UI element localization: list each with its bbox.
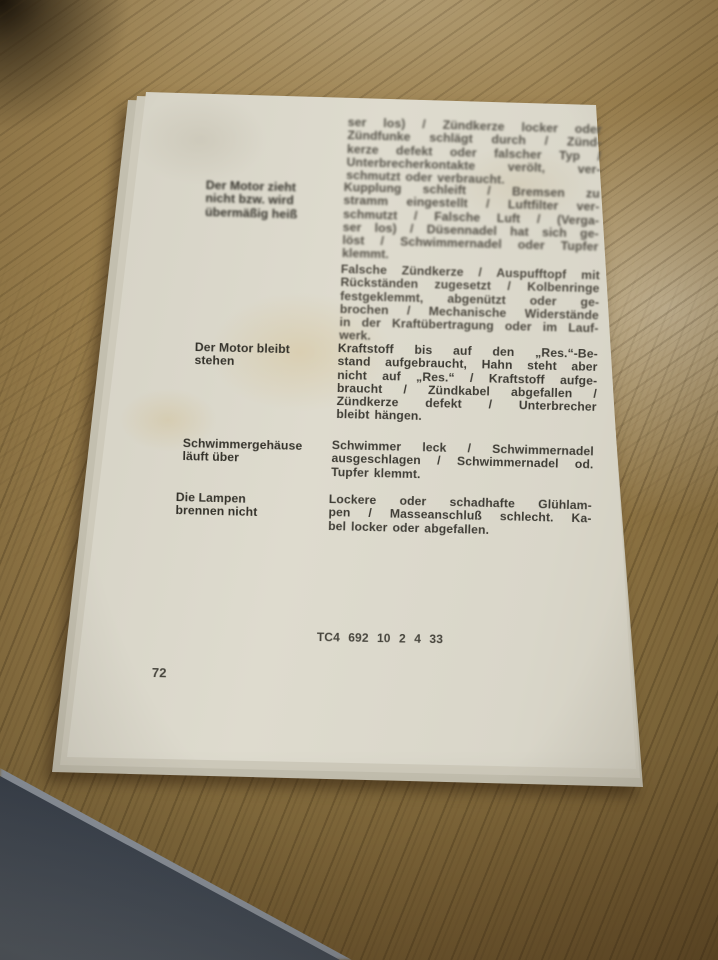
photo-scene: ser los) / Zündkerze locker oderZündfunk… (0, 0, 718, 960)
booklet: ser los) / Zündkerze locker oderZündfunk… (0, 0, 718, 960)
causes-text: Kupplung schleift / Bremsen zustramm ein… (342, 181, 600, 267)
causes-text: Schwimmer leck / Schwimmernadelausgeschl… (331, 439, 594, 485)
symptom-label: Der Motor bleibtstehen (194, 341, 337, 371)
causes-text-continuation: ser los) / Zündkerze locker oderZündfunk… (346, 116, 602, 190)
page-number: 72 (152, 666, 167, 680)
symptom-label: Schwimmergehäuseläuft über (182, 437, 351, 468)
causes-text: Falsche Zündkerze / Auspufftopf mitRücks… (339, 263, 600, 349)
page-content: ser los) / Zündkerze locker oderZündfunk… (0, 0, 718, 960)
causes-text: Kraftstoff bis auf den „Res.“-Be-stand a… (336, 342, 598, 428)
symptom-label: Der Motor ziehtnicht bzw. wirdübermäßig … (205, 179, 338, 222)
print-code: TC4 692 10 2 4 33 (317, 631, 517, 648)
causes-text: Lockere oder schadhafte Glühlam-pen / Ma… (328, 493, 592, 539)
symptom-label: Die Lampenbrennen nicht (175, 491, 318, 521)
